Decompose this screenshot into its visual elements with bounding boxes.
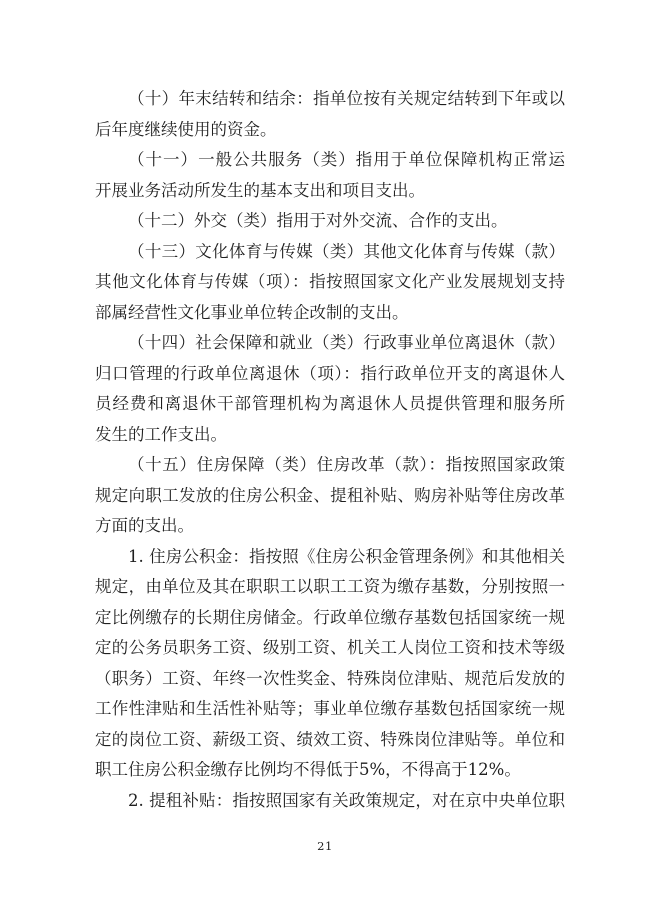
paragraph: （十二）外交（类）指用于对外交流、合作的支出。 bbox=[95, 206, 565, 237]
text-line: 定的岗位工资、薪级工资、绩效工资、特殊岗位津贴等。单位和 bbox=[95, 725, 565, 756]
text-line: 员经费和离退休干部管理机构为离退休人员提供管理和服务所 bbox=[95, 389, 565, 420]
text-line: 其他文化体育与传媒（项）：指按照国家文化产业发展规划支持 bbox=[95, 267, 565, 298]
paragraph: （十五）住房保障（类）住房改革（款）：指按照国家政策规定向职工发放的住房公积金、… bbox=[95, 450, 565, 542]
document-page: （十）年末结转和结余：指单位按有关规定结转到下年或以后年度继续使用的资金。（十一… bbox=[0, 0, 650, 919]
text-line: （十一）一般公共服务（类）指用于单位保障机构正常运转、 bbox=[95, 145, 565, 176]
text-line: 2. 提租补贴：指按照国家有关政策规定，对在京中央单位职 bbox=[95, 786, 565, 817]
text-line: 定比例缴存的长期住房储金。行政单位缴存基数包括国家统一规 bbox=[95, 603, 565, 634]
page-number: 21 bbox=[0, 839, 650, 853]
text-line: 定的公务员职务工资、级别工资、机关工人岗位工资和技术等级 bbox=[95, 633, 565, 664]
text-line: 规定，由单位及其在职职工以职工工资为缴存基数，分别按照一 bbox=[95, 572, 565, 603]
paragraph: 2. 提租补贴：指按照国家有关政策规定，对在京中央单位职 bbox=[95, 786, 565, 817]
paragraph: （十）年末结转和结余：指单位按有关规定结转到下年或以后年度继续使用的资金。 bbox=[95, 84, 565, 145]
text-line: （十四）社会保障和就业（类）行政事业单位离退休（款） bbox=[95, 328, 565, 359]
text-line: 职工住房公积金缴存比例均不得低于5%，不得高于12%。 bbox=[95, 755, 565, 786]
text-line: （十三）文化体育与传媒（类）其他文化体育与传媒（款） bbox=[95, 237, 565, 268]
paragraph: （十三）文化体育与传媒（类）其他文化体育与传媒（款）其他文化体育与传媒（项）：指… bbox=[95, 237, 565, 329]
text-line: 方面的支出。 bbox=[95, 511, 565, 542]
text-line: 归口管理的行政单位离退休（项）：指行政单位开支的离退休人 bbox=[95, 359, 565, 390]
paragraph: 1. 住房公积金：指按照《住房公积金管理条例》和其他相关规定，由单位及其在职职工… bbox=[95, 542, 565, 786]
document-body: （十）年末结转和结余：指单位按有关规定结转到下年或以后年度继续使用的资金。（十一… bbox=[95, 84, 565, 816]
text-line: （十二）外交（类）指用于对外交流、合作的支出。 bbox=[95, 206, 565, 237]
text-line: 后年度继续使用的资金。 bbox=[95, 115, 565, 146]
text-line: 规定向职工发放的住房公积金、提租补贴、购房补贴等住房改革 bbox=[95, 481, 565, 512]
paragraph: （十一）一般公共服务（类）指用于单位保障机构正常运转、开展业务活动所发生的基本支… bbox=[95, 145, 565, 206]
text-line: （十五）住房保障（类）住房改革（款）：指按照国家政策 bbox=[95, 450, 565, 481]
text-line: （职务）工资、年终一次性奖金、特殊岗位津贴、规范后发放的 bbox=[95, 664, 565, 695]
text-line: 工作性津贴和生活性补贴等；事业单位缴存基数包括国家统一规 bbox=[95, 694, 565, 725]
paragraph: （十四）社会保障和就业（类）行政事业单位离退休（款）归口管理的行政单位离退休（项… bbox=[95, 328, 565, 450]
text-line: （十）年末结转和结余：指单位按有关规定结转到下年或以 bbox=[95, 84, 565, 115]
text-line: 部属经营性文化事业单位转企改制的支出。 bbox=[95, 298, 565, 329]
text-line: 发生的工作支出。 bbox=[95, 420, 565, 451]
text-line: 1. 住房公积金：指按照《住房公积金管理条例》和其他相关 bbox=[95, 542, 565, 573]
text-line: 开展业务活动所发生的基本支出和项目支出。 bbox=[95, 176, 565, 207]
